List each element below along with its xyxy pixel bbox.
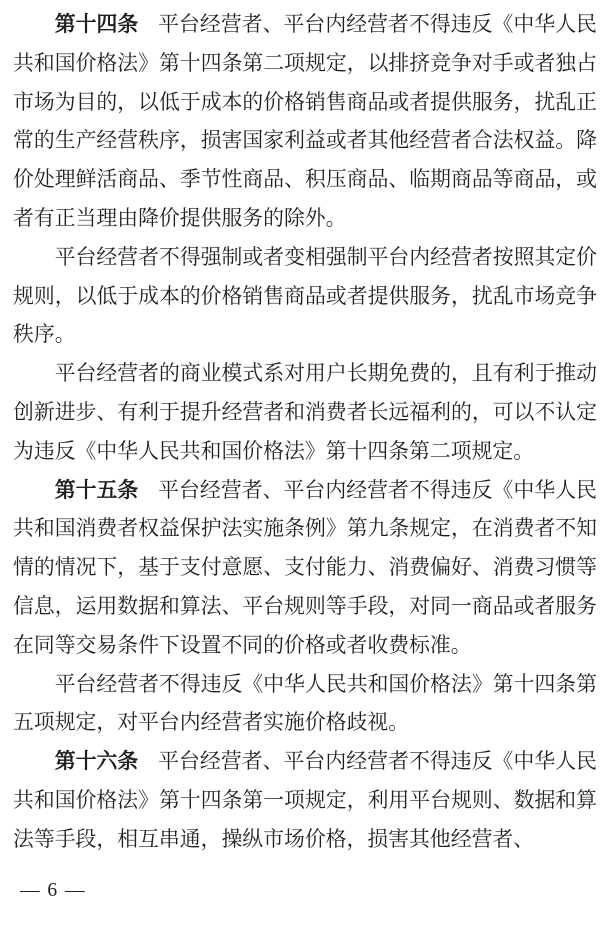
article-14-paragraph-2-text: 平台经营者不得强制或者变相强制平台内经营者按照其定价规则，以低于成本的价格销售商…: [13, 245, 597, 347]
article-14-paragraph-1-text: 平台经营者、平台内经营者不得违反《中华人民共和国价格法》第十四条第二项规定，以排…: [13, 12, 597, 230]
document-page: 第十四条平台经营者、平台内经营者不得违反《中华人民共和国价格法》第十四条第二项规…: [0, 0, 610, 927]
article-15-paragraph-1: 第十五条平台经营者、平台内经营者不得违反《中华人民共和国消费者权益保护法实施条例…: [13, 471, 597, 665]
article-16-paragraph-1: 第十六条平台经营者、平台内经营者不得违反《中华人民共和国价格法》第十四条第一项规…: [13, 742, 597, 858]
page-number: — 6 —: [20, 876, 86, 906]
article-14-paragraph-2: 平台经营者不得强制或者变相强制平台内经营者按照其定价规则，以低于成本的价格销售商…: [13, 238, 597, 354]
article-15-paragraph-1-text: 平台经营者、平台内经营者不得违反《中华人民共和国消费者权益保护法实施条例》第九条…: [13, 478, 597, 657]
article-14-paragraph-3: 平台经营者的商业模式系对用户长期免费的，且有利于推动创新进步、有利于提升经营者和…: [13, 354, 597, 470]
article-16-number: 第十六条: [55, 749, 139, 773]
article-15-paragraph-2: 平台经营者不得违反《中华人民共和国价格法》第十四条第五项规定，对平台内经营者实施…: [13, 665, 597, 743]
article-15-number: 第十五条: [55, 478, 139, 502]
document-body: 第十四条平台经营者、平台内经营者不得违反《中华人民共和国价格法》第十四条第二项规…: [0, 0, 610, 859]
article-14-paragraph-3-text: 平台经营者的商业模式系对用户长期免费的，且有利于推动创新进步、有利于提升经营者和…: [13, 361, 597, 463]
article-14-paragraph-1: 第十四条平台经营者、平台内经营者不得违反《中华人民共和国价格法》第十四条第二项规…: [13, 5, 597, 238]
article-14-number: 第十四条: [55, 12, 139, 36]
article-15-paragraph-2-text: 平台经营者不得违反《中华人民共和国价格法》第十四条第五项规定，对平台内经营者实施…: [13, 672, 597, 735]
